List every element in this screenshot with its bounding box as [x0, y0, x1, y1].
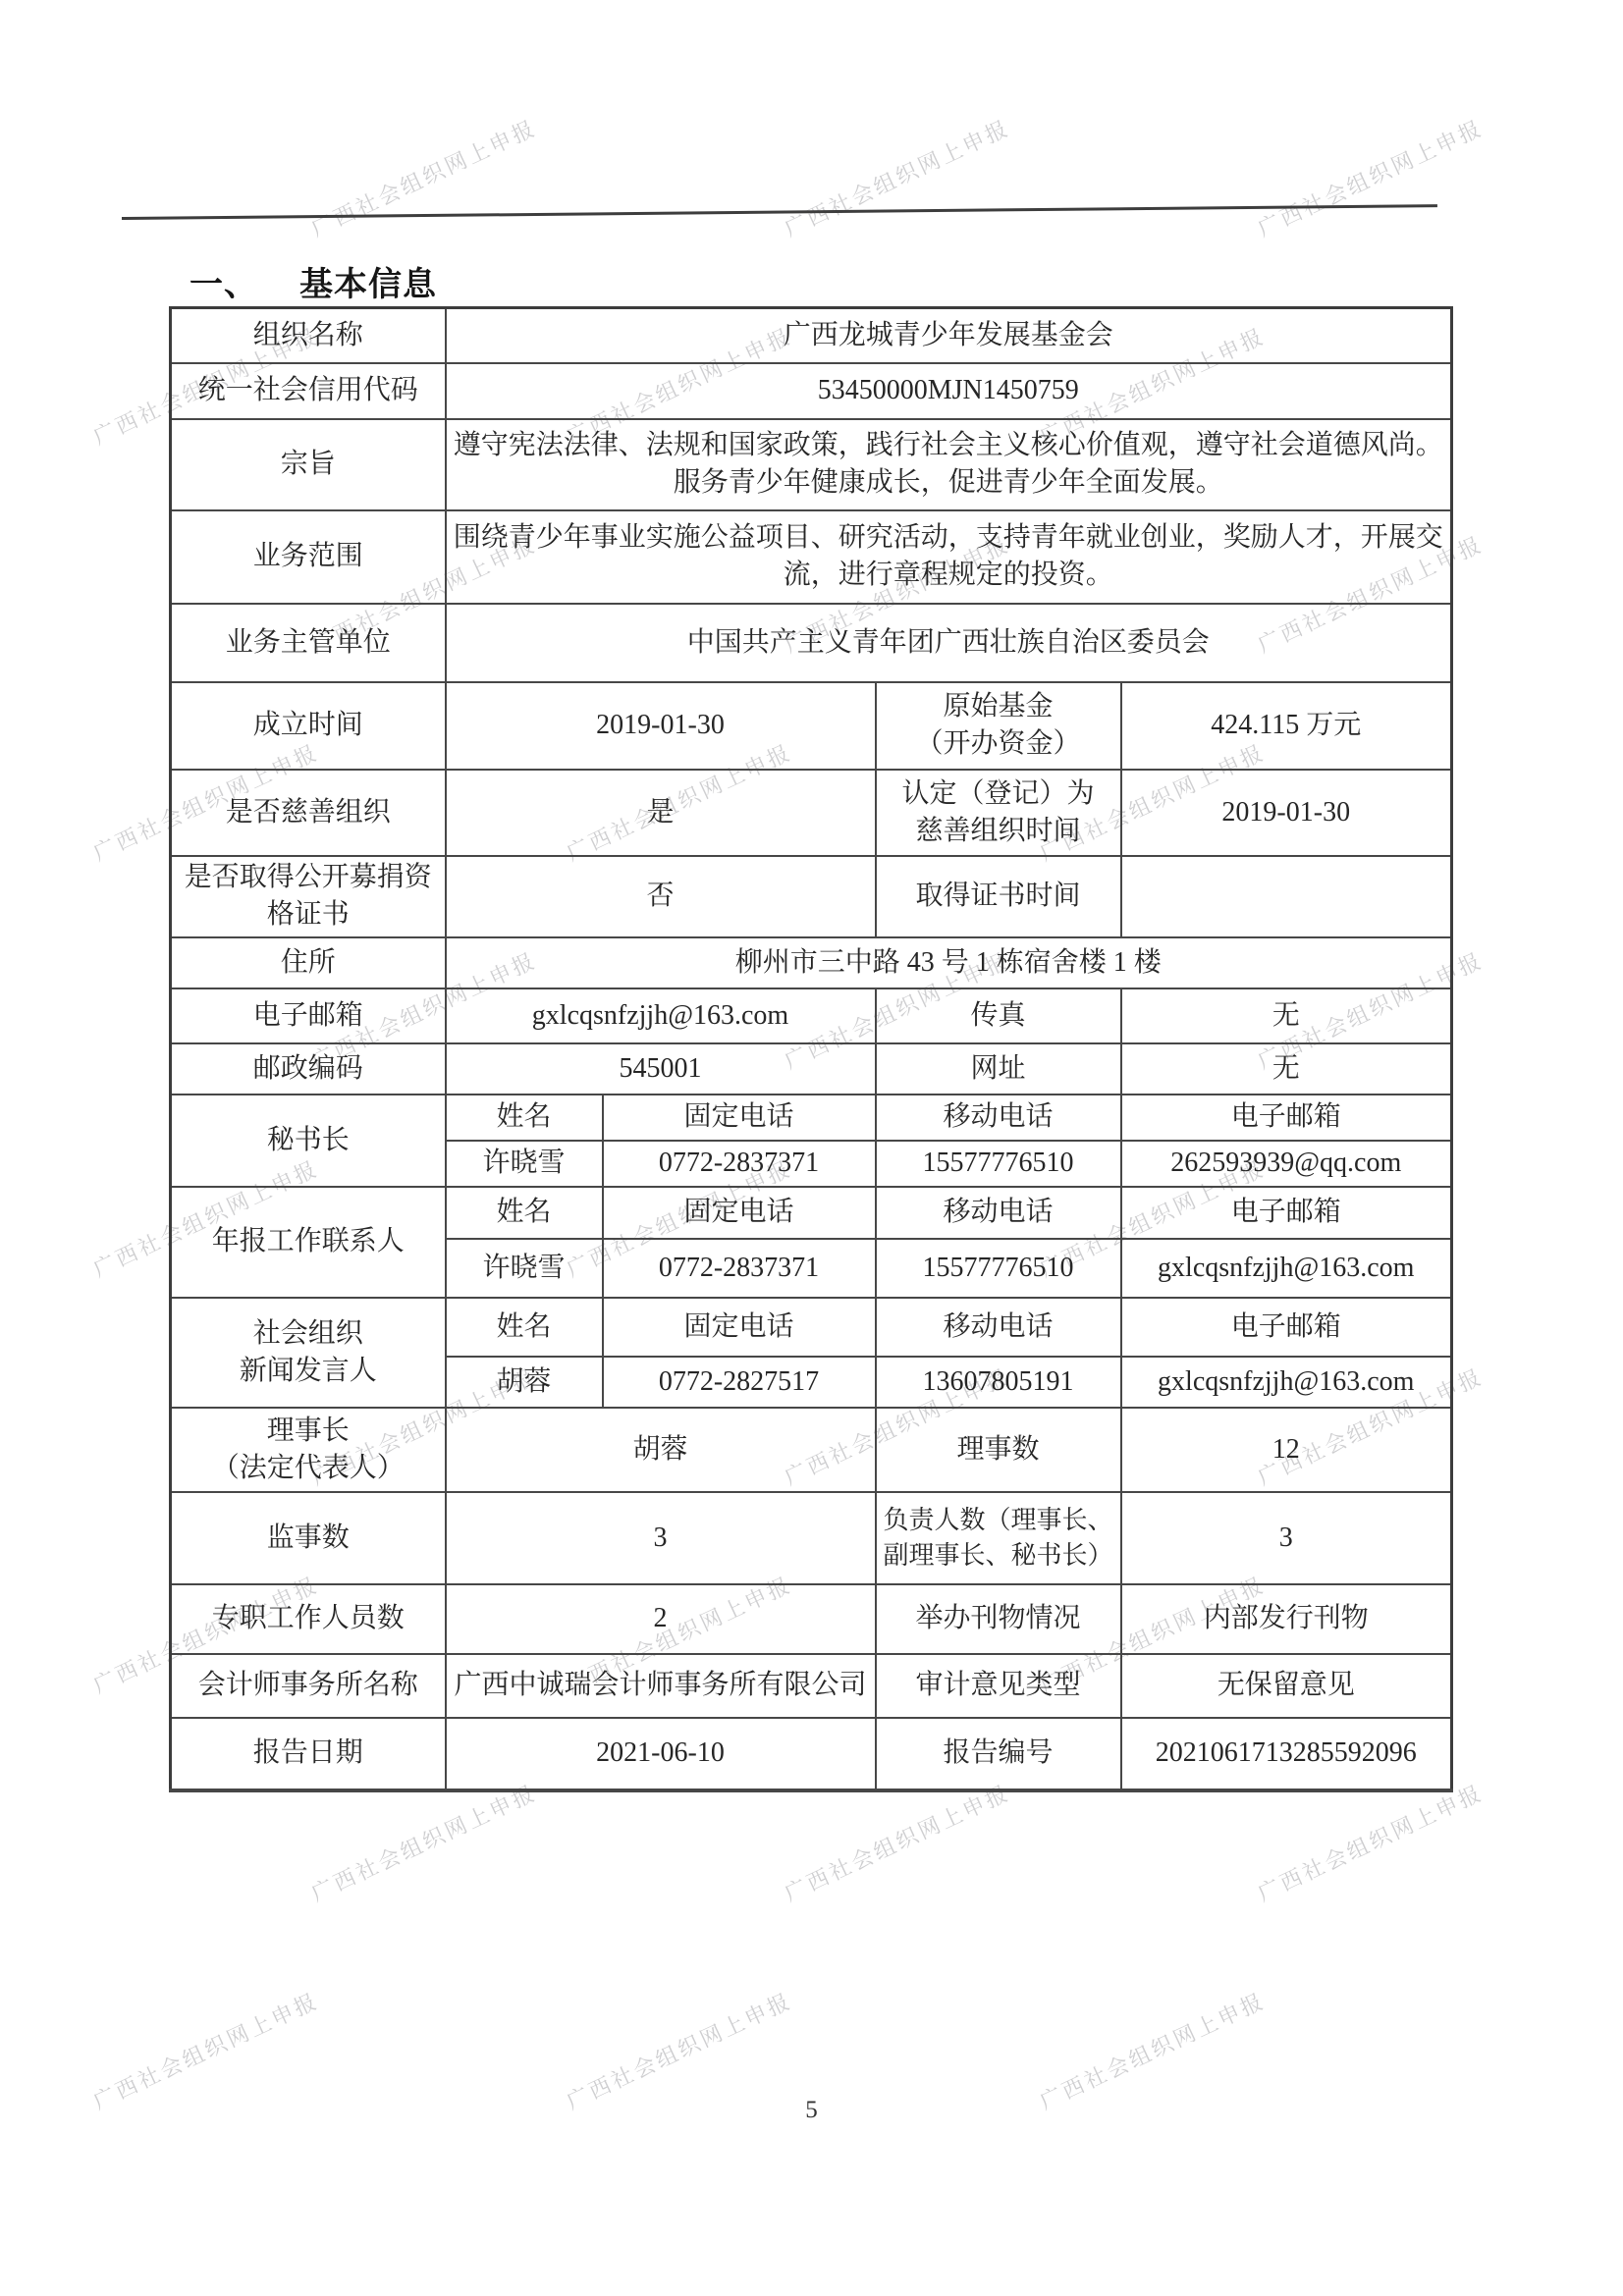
mission-label: 宗旨	[171, 419, 446, 510]
contact-name-header: 姓名	[446, 1298, 603, 1357]
watermark-text: 广西社会组织网上申报	[1252, 1777, 1488, 1908]
publications-label: 举办刊物情况	[876, 1584, 1121, 1654]
contact-landline-header: 固定电话	[603, 1095, 876, 1141]
basic-info-table: 组织名称 广西龙城青少年发展基金会 统一社会信用代码 53450000MJN14…	[169, 306, 1453, 1792]
contact-email-header: 电子邮箱	[1121, 1095, 1452, 1141]
watermark-text: 广西社会组织网上申报	[1252, 112, 1488, 243]
secretary-general-landline: 0772-2837371	[603, 1141, 876, 1187]
business-scope-label: 业务范围	[171, 510, 446, 604]
fundraising-cert-label: 是否取得公开募捐资 格证书	[171, 856, 446, 937]
row-established: 成立时间 2019-01-30 原始基金 （开办资金） 424.115 万元	[171, 682, 1452, 770]
report-number-label: 报告编号	[876, 1718, 1121, 1790]
supervisor-unit-value: 中国共产主义青年团广西壮族自治区委员会	[446, 604, 1452, 682]
original-fund-value: 424.115 万元	[1121, 682, 1452, 770]
watermark-text: 广西社会组织网上申报	[779, 112, 1014, 243]
mission-value: 遵守宪法法律、法规和国家政策，践行社会主义核心价值观，遵守社会道德风尚。 服务青…	[446, 419, 1452, 510]
credit-code-label: 统一社会信用代码	[171, 363, 446, 419]
business-scope-value: 围绕青少年事业实施公益项目、研究活动，支持青年就业创业，奖励人才，开展交 流，进…	[446, 510, 1452, 604]
accounting-firm-value: 广西中诚瑞会计师事务所有限公司	[446, 1654, 876, 1718]
supervisors-count-label: 监事数	[171, 1492, 446, 1584]
supervisor-unit-label: 业务主管单位	[171, 604, 446, 682]
org-name-value: 广西龙城青少年发展基金会	[446, 308, 1452, 363]
report-number-value: 2021061713285592096	[1121, 1718, 1452, 1790]
postal-code-label: 邮政编码	[171, 1043, 446, 1095]
responsible-persons-value: 3	[1121, 1492, 1452, 1584]
contact-email-header: 电子邮箱	[1121, 1187, 1452, 1239]
contact-mobile-header: 移动电话	[876, 1298, 1121, 1357]
audit-opinion-value: 无保留意见	[1121, 1654, 1452, 1718]
row-secretary-general-header: 秘书长 姓名 固定电话 移动电话 电子邮箱	[171, 1095, 1452, 1141]
address-value: 柳州市三中路 43 号 1 栋宿舍楼 1 楼	[446, 937, 1452, 988]
charity-status-label: 是否慈善组织	[171, 770, 446, 856]
watermark-text: 广西社会组织网上申报	[305, 1777, 541, 1908]
spokesperson-landline: 0772-2827517	[603, 1357, 876, 1408]
row-org-name: 组织名称 广西龙城青少年发展基金会	[171, 308, 1452, 363]
established-date-label: 成立时间	[171, 682, 446, 770]
fax-value: 无	[1121, 988, 1452, 1043]
board-members-count-value: 12	[1121, 1408, 1452, 1492]
section-title: 一、 基本信息	[189, 257, 437, 305]
org-email-value: gxlcqsnfzjjh@163.com	[446, 988, 876, 1043]
staff-count-value: 2	[446, 1584, 876, 1654]
org-email-label: 电子邮箱	[171, 988, 446, 1043]
row-chairman: 理事长 （法定代表人） 胡蓉 理事数 12	[171, 1408, 1452, 1492]
row-charity-org: 是否慈善组织 是 认定（登记）为 慈善组织时间 2019-01-30	[171, 770, 1452, 856]
row-mission: 宗旨 遵守宪法法律、法规和国家政策，践行社会主义核心价值观，遵守社会道德风尚。 …	[171, 419, 1452, 510]
audit-opinion-label: 审计意见类型	[876, 1654, 1121, 1718]
website-label: 网址	[876, 1043, 1121, 1095]
fundraising-cert-value: 否	[446, 856, 876, 937]
website-value: 无	[1121, 1043, 1452, 1095]
spokesperson-mobile: 13607805191	[876, 1357, 1121, 1408]
publications-value: 内部发行刊物	[1121, 1584, 1452, 1654]
credit-code-value: 53450000MJN1450759	[446, 363, 1452, 419]
postal-code-value: 545001	[446, 1043, 876, 1095]
secretary-general-mobile: 15577776510	[876, 1141, 1121, 1187]
row-address: 住所 柳州市三中路 43 号 1 栋宿舍楼 1 楼	[171, 937, 1452, 988]
chairman-value: 胡蓉	[446, 1408, 876, 1492]
row-supervisor-unit: 业务主管单位 中国共产主义青年团广西壮族自治区委员会	[171, 604, 1452, 682]
chairman-label: 理事长 （法定代表人）	[171, 1408, 446, 1492]
row-staff: 专职工作人员数 2 举办刊物情况 内部发行刊物	[171, 1584, 1452, 1654]
watermark-text: 广西社会组织网上申报	[305, 112, 541, 243]
contact-landline-header: 固定电话	[603, 1298, 876, 1357]
annual-report-contact-name: 许晓雪	[446, 1239, 603, 1298]
board-members-count-label: 理事数	[876, 1408, 1121, 1492]
contact-email-header: 电子邮箱	[1121, 1298, 1452, 1357]
row-supervisors: 监事数 3 负责人数（理事长、 副理事长、秘书长） 3	[171, 1492, 1452, 1584]
row-accounting-firm: 会计师事务所名称 广西中诚瑞会计师事务所有限公司 审计意见类型 无保留意见	[171, 1654, 1452, 1718]
annual-report-contact-landline: 0772-2837371	[603, 1239, 876, 1298]
row-email: 电子邮箱 gxlcqsnfzjjh@163.com 传真 无	[171, 988, 1452, 1043]
row-annual-report-contact-header: 年报工作联系人 姓名 固定电话 移动电话 电子邮箱	[171, 1187, 1452, 1239]
charity-recognition-date-value: 2019-01-30	[1121, 770, 1452, 856]
spokesperson-email: gxlcqsnfzjjh@163.com	[1121, 1357, 1452, 1408]
spokesperson-label: 社会组织 新闻发言人	[171, 1298, 446, 1408]
report-date-value: 2021-06-10	[446, 1718, 876, 1790]
contact-landline-header: 固定电话	[603, 1187, 876, 1239]
original-fund-label: 原始基金 （开办资金）	[876, 682, 1121, 770]
annual-report-contact-email: gxlcqsnfzjjh@163.com	[1121, 1239, 1452, 1298]
fax-label: 传真	[876, 988, 1121, 1043]
contact-mobile-header: 移动电话	[876, 1187, 1121, 1239]
established-date-value: 2019-01-30	[446, 682, 876, 770]
report-date-label: 报告日期	[171, 1718, 446, 1790]
row-postal-code: 邮政编码 545001 网址 无	[171, 1043, 1452, 1095]
page-number: 5	[0, 2097, 1623, 2124]
cert-obtained-date-label: 取得证书时间	[876, 856, 1121, 937]
org-name-label: 组织名称	[171, 308, 446, 363]
secretary-general-email: 262593939@qq.com	[1121, 1141, 1452, 1187]
row-report: 报告日期 2021-06-10 报告编号 2021061713285592096	[171, 1718, 1452, 1790]
document-page: 广西社会组织网上申报广西社会组织网上申报广西社会组织网上申报广西社会组织网上申报…	[0, 0, 1623, 2296]
row-credit-code: 统一社会信用代码 53450000MJN1450759	[171, 363, 1452, 419]
section-title-text: 基本信息	[299, 257, 437, 305]
address-label: 住所	[171, 937, 446, 988]
charity-recognition-date-label: 认定（登记）为 慈善组织时间	[876, 770, 1121, 856]
supervisors-count-value: 3	[446, 1492, 876, 1584]
header-rule	[122, 204, 1437, 220]
annual-report-contact-mobile: 15577776510	[876, 1239, 1121, 1298]
row-business-scope: 业务范围 围绕青少年事业实施公益项目、研究活动，支持青年就业创业，奖励人才，开展…	[171, 510, 1452, 604]
contact-name-header: 姓名	[446, 1187, 603, 1239]
responsible-persons-label: 负责人数（理事长、 副理事长、秘书长）	[876, 1492, 1121, 1584]
secretary-general-label: 秘书长	[171, 1095, 446, 1187]
cert-obtained-date-value	[1121, 856, 1452, 937]
staff-count-label: 专职工作人员数	[171, 1584, 446, 1654]
contact-name-header: 姓名	[446, 1095, 603, 1141]
contact-mobile-header: 移动电话	[876, 1095, 1121, 1141]
secretary-general-name: 许晓雪	[446, 1141, 603, 1187]
watermark-text: 广西社会组织网上申报	[779, 1777, 1014, 1908]
spokesperson-name: 胡蓉	[446, 1357, 603, 1408]
annual-report-contact-label: 年报工作联系人	[171, 1187, 446, 1298]
section-number: 一、	[189, 257, 258, 305]
row-fundraising-cert: 是否取得公开募捐资 格证书 否 取得证书时间	[171, 856, 1452, 937]
accounting-firm-label: 会计师事务所名称	[171, 1654, 446, 1718]
charity-status-value: 是	[446, 770, 876, 856]
row-spokesperson-header: 社会组织 新闻发言人 姓名 固定电话 移动电话 电子邮箱	[171, 1298, 1452, 1357]
